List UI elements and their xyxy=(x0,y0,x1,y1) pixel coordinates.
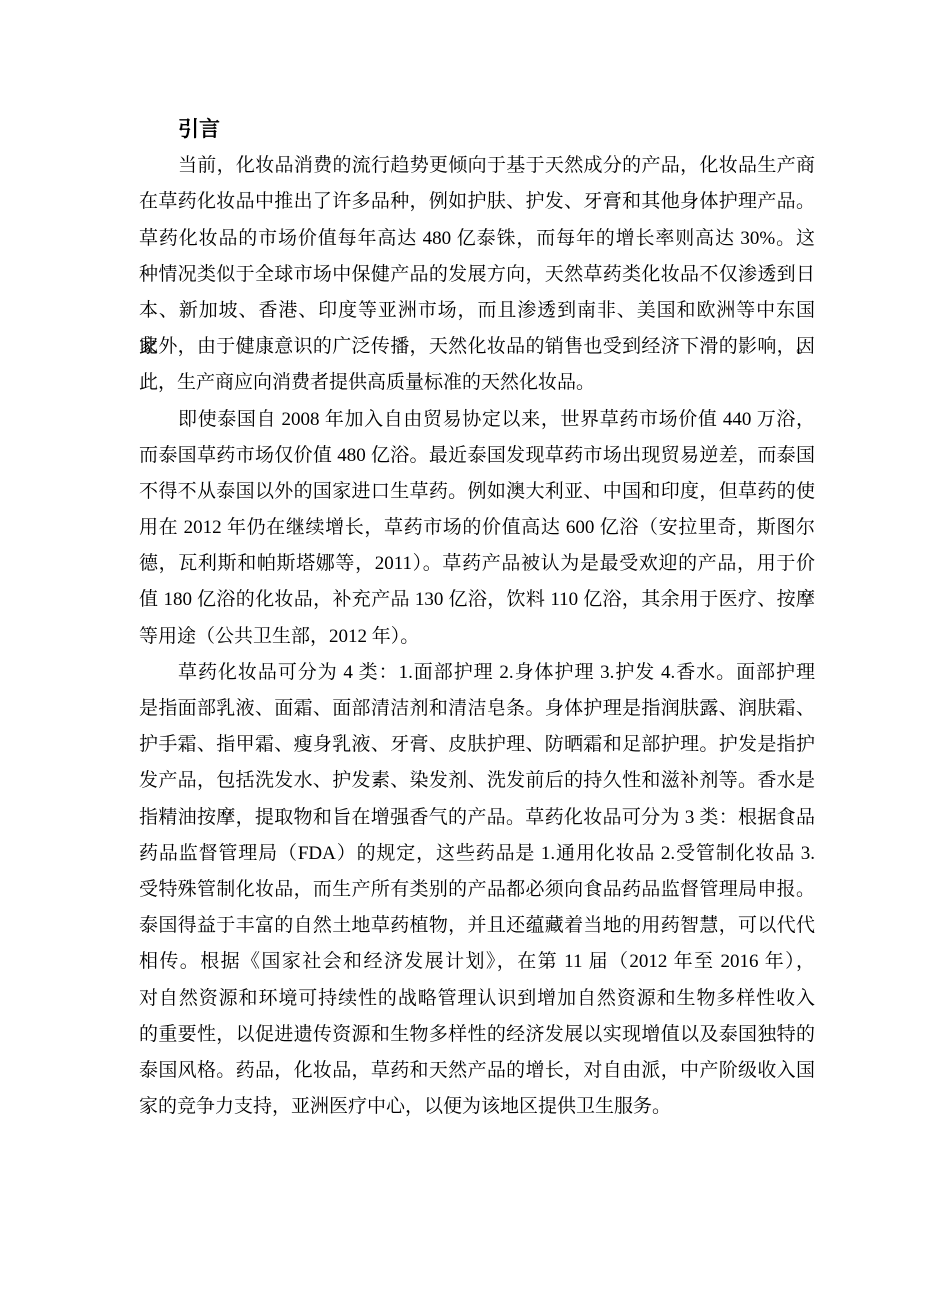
text-line: 此外，由于健康意识的广泛传播，天然化妆品的销售也受到经济下滑的影响，因 xyxy=(139,329,815,365)
text-line: 此，生产商应向消费者提供高质量标准的天然化妆品。 xyxy=(139,365,815,401)
text-line: 药品监督管理局（FDA）的规定，这些药品是 1.通用化妆品 2.受管制化妆品 3… xyxy=(139,836,815,872)
paragraph-2: 即使泰国自 2008 年加入自由贸易协定以来，世界草药市场价值 440 万浴，而… xyxy=(139,402,815,655)
document-content: 引言 当前，化妆品消费的流行趋势更倾向于基于天然成分的产品，化妆品生产商在草药化… xyxy=(139,112,815,1125)
text-line: 家的竞争力支持，亚洲医疗中心，以便为该地区提供卫生服务。 xyxy=(139,1089,815,1125)
paragraph-1: 当前，化妆品消费的流行趋势更倾向于基于天然成分的产品，化妆品生产商在草药化妆品中… xyxy=(139,148,815,401)
text-line: 指精油按摩，提取物和旨在增强香气的产品。草药化妆品可分为 3 类：根据食品 xyxy=(139,800,815,836)
text-line: 即使泰国自 2008 年加入自由贸易协定以来，世界草药市场价值 440 万浴， xyxy=(139,402,815,438)
document-body: 当前，化妆品消费的流行趋势更倾向于基于天然成分的产品，化妆品生产商在草药化妆品中… xyxy=(139,148,815,1125)
section-heading: 引言 xyxy=(139,112,815,148)
text-line: 草药化妆品的市场价值每年高达 480 亿泰铢，而每年的增长率则高达 30%。这 xyxy=(139,221,815,257)
text-line: 本、新加坡、香港、印度等亚洲市场，而且渗透到南非、美国和欧洲等中东国家。 xyxy=(139,293,815,329)
document-page: 引言 当前，化妆品消费的流行趋势更倾向于基于天然成分的产品，化妆品生产商在草药化… xyxy=(0,0,926,1309)
text-line: 而泰国草药市场仅价值 480 亿浴。最近泰国发现草药市场出现贸易逆差，而泰国 xyxy=(139,438,815,474)
text-line: 泰国得益于丰富的自然土地草药植物，并且还蕴藏着当地的用药智慧，可以代代 xyxy=(139,908,815,944)
text-line: 值 180 亿浴的化妆品，补充产品 130 亿浴，饮料 110 亿浴，其余用于医… xyxy=(139,582,815,618)
text-line: 是指面部乳液、面霜、面部清洁剂和清洁皂条。身体护理是指润肤露、润肤霜、 xyxy=(139,691,815,727)
paragraph-3: 草药化妆品可分为 4 类：1.面部护理 2.身体护理 3.护发 4.香水。面部护… xyxy=(139,655,815,1125)
text-line: 种情况类似于全球市场中保健产品的发展方向，天然草药类化妆品不仅渗透到日 xyxy=(139,257,815,293)
text-line: 在草药化妆品中推出了许多品种，例如护肤、护发、牙膏和其他身体护理产品。 xyxy=(139,184,815,220)
text-line: 护手霜、指甲霜、瘦身乳液、牙膏、皮肤护理、防晒霜和足部护理。护发是指护 xyxy=(139,727,815,763)
text-line: 泰国风格。药品，化妆品，草药和天然产品的增长，对自由派，中产阶级收入国 xyxy=(139,1053,815,1089)
text-line: 当前，化妆品消费的流行趋势更倾向于基于天然成分的产品，化妆品生产商 xyxy=(139,148,815,184)
text-line: 的重要性，以促进遗传资源和生物多样性的经济发展以实现增值以及泰国独特的 xyxy=(139,1017,815,1053)
text-line: 用在 2012 年仍在继续增长，草药市场的价值高达 600 亿浴（安拉里奇，斯图… xyxy=(139,510,815,546)
text-line: 不得不从泰国以外的国家进口生草药。例如澳大利亚、中国和印度，但草药的使 xyxy=(139,474,815,510)
text-line: 发产品，包括洗发水、护发素、染发剂、洗发前后的持久性和滋补剂等。香水是 xyxy=(139,763,815,799)
text-line: 对自然资源和环境可持续性的战略管理认识到增加自然资源和生物多样性收入 xyxy=(139,981,815,1017)
text-line: 草药化妆品可分为 4 类：1.面部护理 2.身体护理 3.护发 4.香水。面部护… xyxy=(139,655,815,691)
text-line: 等用途（公共卫生部，2012 年）。 xyxy=(139,619,815,655)
text-line: 德，瓦利斯和帕斯塔娜等，2011）。草药产品被认为是最受欢迎的产品，用于价 xyxy=(139,546,815,582)
text-line: 相传。根据《国家社会和经济发展计划》，在第 11 届（2012 年至 2016 … xyxy=(139,944,815,980)
text-line: 受特殊管制化妆品，而生产所有类别的产品都必须向食品药品监督管理局申报。 xyxy=(139,872,815,908)
